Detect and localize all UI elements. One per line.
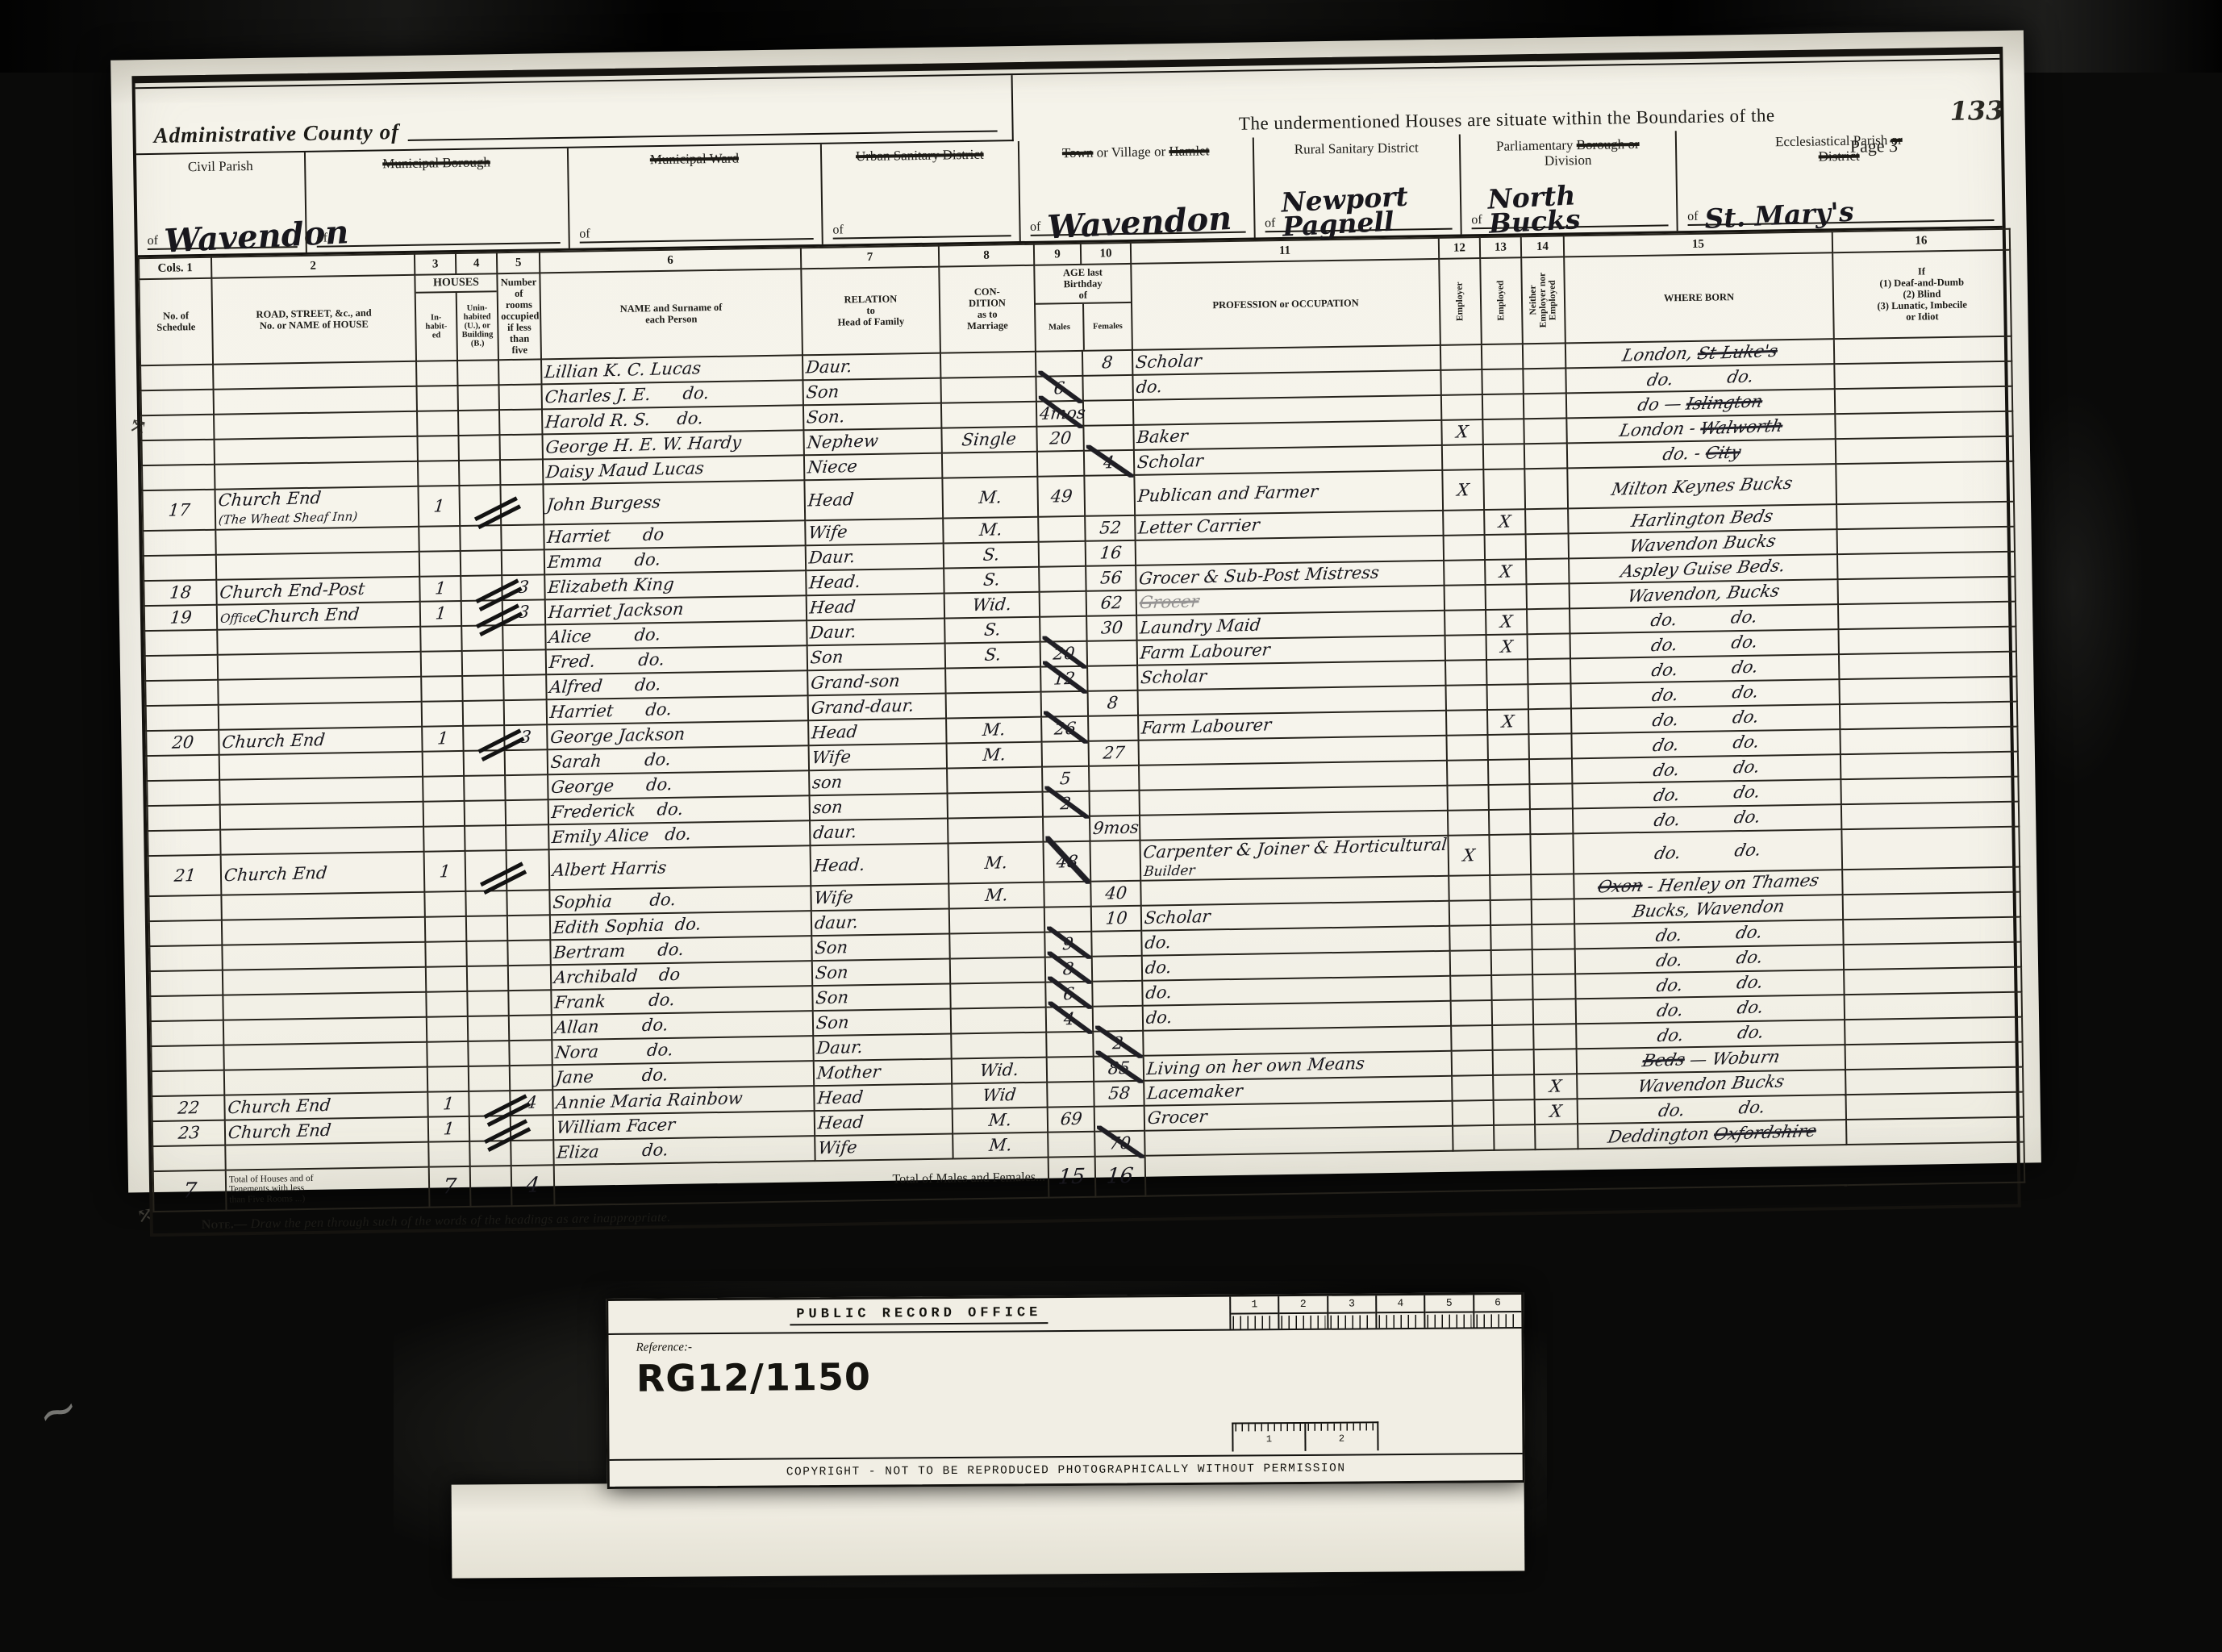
cell-employer: X	[1441, 419, 1482, 445]
cell-employer	[1447, 785, 1488, 811]
cell-house	[216, 552, 419, 580]
cell-rooms	[505, 749, 548, 775]
cell-uninhabited	[465, 891, 507, 916]
cell-relation: Head	[808, 718, 946, 745]
cell-employed	[1486, 659, 1528, 685]
cell-infirmity	[1844, 941, 2021, 969]
cell-neither	[1532, 924, 1574, 949]
cell-neither	[1523, 343, 1565, 369]
cell-neither	[1530, 808, 1573, 834]
cell-inhabited	[426, 991, 467, 1017]
cell-schedule: 18	[144, 579, 216, 605]
cell-schedule: 17	[142, 489, 215, 530]
cell-infirmity	[1835, 411, 2012, 438]
cell-age-male	[1047, 1081, 1094, 1107]
cell-relation: Daur.	[803, 353, 940, 380]
cell-age-male	[1046, 1031, 1093, 1057]
cell-neither	[1523, 368, 1565, 394]
cell-employer	[1449, 925, 1490, 951]
cell-age-female	[1084, 475, 1135, 516]
cell-infirmity	[1842, 866, 2020, 894]
col-num-8: 8	[939, 244, 1034, 267]
district-of: of	[832, 223, 844, 237]
cell-schedule	[152, 1145, 225, 1170]
cell-employed	[1494, 1124, 1535, 1150]
cell-name: Fred. do.	[546, 645, 807, 674]
cell-inhabited	[418, 461, 459, 486]
total-houses-label: Total of Houses and of Tenements with le…	[226, 1166, 430, 1210]
col-header-rooms: Number of rooms occupied if less than fi…	[497, 273, 541, 360]
cell-rooms	[507, 890, 549, 916]
cell-condition	[940, 376, 1036, 403]
cell-infirmity	[1843, 891, 2020, 919]
cell-condition	[951, 1032, 1046, 1058]
cell-inhabited	[423, 776, 464, 802]
cell-neither	[1529, 783, 1572, 809]
cell-name: Harriet do.	[547, 695, 808, 724]
cell-inhabited: 1	[419, 576, 461, 602]
cell-house	[218, 677, 421, 705]
age-label: AGE last Birthday of	[1035, 265, 1131, 305]
district-value: Wavendon	[1047, 204, 1232, 243]
cell-where-born: do. do.	[1573, 829, 1842, 874]
col-header-name: NAME and Surname of each Person	[540, 269, 803, 359]
cell-employed	[1483, 469, 1525, 510]
stamp-body: Reference:- RG12/1150 1 2	[609, 1329, 1523, 1459]
cell-inhabited	[419, 526, 460, 552]
cell-age-female	[1090, 841, 1140, 882]
cell-schedule	[141, 390, 214, 415]
cell-inhabited: 1	[422, 726, 463, 752]
cell-rooms	[511, 1140, 553, 1166]
cell-age-male	[1043, 816, 1090, 842]
cell-uninhabited	[457, 360, 498, 386]
cell-age-female	[1087, 640, 1137, 666]
cell-rooms	[503, 649, 546, 675]
cell-infirmity	[1844, 966, 2021, 994]
cell-infirmity	[1841, 801, 2019, 828]
cell-house	[220, 826, 423, 854]
district-of: of	[579, 227, 590, 241]
cell-employer	[1448, 810, 1489, 836]
cell-inhabited	[424, 891, 465, 917]
cell-neither	[1535, 1124, 1578, 1149]
cell-name: Albert Harris	[549, 845, 811, 890]
cell-employer	[1440, 369, 1482, 395]
cell-employed: X	[1485, 559, 1526, 585]
col-header-males: Males	[1036, 304, 1083, 351]
cell-infirmity	[1841, 751, 2018, 778]
cell-age-female	[1094, 1105, 1144, 1131]
col-num-5: 5	[497, 252, 540, 273]
census-table: Cols. 1 2 3 4 5 6 7 8 9 10 11 12 13 14 1…	[138, 228, 2025, 1212]
cell-name: Alfred do.	[546, 670, 807, 699]
cell-condition: Wid	[952, 1082, 1047, 1108]
cell-house	[221, 891, 424, 920]
cell-employed: X	[1486, 634, 1528, 660]
cell-employed	[1492, 999, 1533, 1025]
cell-house	[214, 386, 417, 415]
cell-house	[223, 966, 426, 995]
cell-relation: Head	[804, 478, 943, 520]
cell-uninhabited	[469, 1091, 510, 1116]
cell-schedule: 19	[144, 604, 217, 630]
cell-uninhabited	[462, 675, 503, 701]
cell-employer: X	[1448, 835, 1490, 876]
cell-neither	[1526, 533, 1569, 559]
cell-age-male: 8	[1045, 956, 1092, 982]
cell-relation: Niece	[804, 453, 942, 480]
cell-name: Harriet Jackson	[545, 595, 807, 624]
cell-uninhabited	[466, 916, 507, 941]
stamp-copyright: COPYRIGHT - NOT TO BE REPRODUCED PHOTOGR…	[610, 1453, 1523, 1487]
cell-infirmity	[1845, 1066, 2023, 1094]
cell-rooms	[499, 409, 542, 435]
cell-inhabited: 1	[428, 1116, 469, 1142]
cell-employed	[1493, 1074, 1534, 1100]
cell-house: Church End	[221, 851, 425, 895]
cell-age-female: 85	[1094, 1056, 1144, 1082]
cell-condition: M.	[953, 1107, 1048, 1133]
cell-employed	[1487, 734, 1528, 760]
cell-inhabited	[423, 826, 465, 852]
cell-name: Daisy Maud Lucas	[543, 455, 804, 484]
cell-employer	[1445, 585, 1486, 611]
cell-infirmity	[1840, 701, 2017, 728]
district-entry-line: of	[832, 161, 1011, 239]
cell-employer	[1450, 975, 1491, 1001]
cell-age-male: 12	[1040, 666, 1087, 692]
cell-age-male: 20	[1036, 426, 1083, 452]
district-box: Urban Sanitary District of	[820, 141, 1019, 244]
cell-house: OfficeChurch End	[217, 602, 420, 630]
col-header-occupation: PROFESSION or OCCUPATION	[1131, 259, 1440, 350]
col-header-schedule: No. of Schedule	[139, 278, 213, 365]
cell-infirmity	[1834, 336, 2011, 363]
cell-uninhabited	[464, 750, 505, 776]
cell-employer	[1451, 1000, 1492, 1026]
admin-county-label: Administrative County of	[153, 119, 399, 148]
cell-condition: S.	[944, 541, 1039, 568]
cell-rooms	[500, 459, 543, 485]
cell-name: Jane do.	[552, 1061, 814, 1090]
cell-age-male: 69	[1048, 1106, 1094, 1132]
cell-employer	[1446, 710, 1487, 736]
cell-schedule: 20	[146, 729, 219, 755]
cell-name: Sophia do.	[549, 886, 811, 915]
cell-employer	[1442, 444, 1483, 470]
cell-uninhabited	[461, 600, 502, 626]
cell-name: Sarah do.	[548, 745, 809, 774]
cell-relation: daur.	[811, 908, 949, 936]
col-num-13: 13	[1480, 236, 1521, 258]
cell-rooms	[502, 549, 544, 575]
cell-employer	[1449, 875, 1490, 901]
cell-uninhabited	[459, 485, 501, 526]
cell-relation: Son	[807, 643, 945, 670]
cell-age-male	[1047, 1056, 1094, 1082]
cell-inhabited	[423, 801, 465, 827]
cell-employer	[1445, 685, 1486, 711]
cell-employer	[1441, 394, 1482, 420]
cell-neither	[1528, 658, 1570, 684]
cell-infirmity	[1839, 676, 2016, 703]
cell-age-female	[1083, 425, 1133, 451]
ruler-sub-number: 2	[1339, 1433, 1344, 1445]
cell-age-female: 10	[1091, 906, 1141, 932]
cell-employer	[1451, 1025, 1492, 1051]
cell-relation: Head.	[806, 568, 944, 595]
cell-where-born: Milton Keynes Bucks	[1567, 464, 1836, 508]
cell-age-female: 2	[1093, 1031, 1143, 1057]
cell-condition: S.	[944, 616, 1040, 643]
col-header-uninhabited: Unin- habited (U.), or Building (B.)	[456, 292, 498, 360]
cell-schedule: 23	[152, 1120, 225, 1145]
district-label: Parliamentary Borough or Division	[1461, 136, 1675, 169]
cell-inhabited	[427, 1016, 468, 1042]
cell-inhabited	[425, 941, 466, 967]
cell-house	[225, 1141, 428, 1170]
cell-schedule	[145, 679, 218, 705]
ruler-number: 5	[1425, 1295, 1472, 1312]
cell-name: Frank do.	[551, 986, 812, 1015]
cell-relation: Nephew	[803, 428, 941, 455]
cell-name: Eliza do.	[553, 1136, 815, 1165]
cell-age-male	[1039, 566, 1086, 592]
cell-age-male	[1042, 741, 1089, 767]
cell-employed: X	[1487, 709, 1528, 735]
cell-uninhabited	[462, 650, 503, 676]
cell-name: Emily Alice do.	[548, 820, 810, 849]
cell-schedule	[144, 554, 216, 580]
cell-name: William Facer	[553, 1111, 815, 1140]
cell-relation: Wife	[811, 883, 948, 911]
district-of: of	[317, 232, 328, 246]
cell-age-female	[1092, 956, 1142, 982]
district-of: of	[148, 234, 159, 248]
cell-relation: daur.	[810, 818, 948, 845]
cell-employed	[1488, 759, 1529, 785]
census-form: Administrative County of The undermentio…	[131, 47, 2020, 1237]
cell-uninhabited	[460, 525, 501, 551]
cell-inhabited	[422, 701, 463, 727]
cell-age-male: 6	[1036, 376, 1082, 402]
pro-stamp: PUBLIC RECORD OFFICE 1 2 3 4 5 6 Referen…	[606, 1292, 1525, 1489]
cell-inhabited	[427, 1066, 469, 1092]
cell-name: Charles J. E. do.	[541, 380, 803, 409]
cell-name: Elizabeth King	[544, 570, 806, 599]
cell-relation: Wife	[805, 518, 943, 545]
col-header-where-born: WHERE BORN	[1564, 252, 1834, 343]
cell-condition	[949, 932, 1044, 958]
district-box: Civil Parish of Wavendon	[136, 152, 306, 255]
cell-occupation: Publican and Farmer	[1134, 470, 1443, 515]
cell-neither	[1534, 1049, 1577, 1074]
cell-relation: Son	[813, 1008, 951, 1036]
cell-age-female: 8	[1088, 690, 1138, 716]
cell-age-female	[1093, 1006, 1143, 1032]
cell-infirmity	[1838, 626, 2016, 653]
cell-relation: Son	[812, 983, 950, 1011]
cell-inhabited	[427, 1041, 468, 1067]
cell-rooms	[498, 359, 541, 385]
cell-schedule	[140, 365, 213, 390]
total-inhabited: 7	[429, 1166, 471, 1208]
cell-name: George Jackson	[547, 720, 808, 749]
stamp-office-title: PUBLIC RECORD OFFICE	[790, 1305, 1048, 1325]
cell-employed	[1492, 1024, 1533, 1050]
houses-label: HOUSES	[415, 274, 496, 293]
cell-uninhabited	[458, 435, 499, 461]
ruler-number: 4	[1377, 1295, 1424, 1313]
cell-neither	[1531, 874, 1574, 899]
cell-schedule	[149, 945, 222, 970]
cell-schedule	[142, 440, 215, 465]
cell-infirmity	[1845, 1041, 2023, 1069]
cell-inhabited	[423, 751, 464, 777]
cell-house: Church End(The Wheat Sheaf Inn)	[215, 486, 419, 530]
cell-uninhabited	[465, 825, 506, 851]
cell-name: Emma do.	[544, 545, 806, 574]
district-box: Municipal Borough of	[304, 148, 569, 252]
cell-inhabited	[417, 436, 458, 461]
cell-infirmity	[1841, 776, 2018, 803]
cell-uninhabited	[463, 700, 504, 726]
cell-condition: M.	[947, 741, 1042, 768]
cell-relation: Mother	[814, 1058, 952, 1086]
page-number: Page 3	[1850, 136, 1899, 157]
cell-neither	[1528, 683, 1570, 709]
cell-employer	[1444, 560, 1485, 586]
total-males: 15	[1048, 1156, 1096, 1197]
cell-house	[217, 627, 420, 655]
cell-employer	[1444, 535, 1485, 561]
cell-house	[223, 1016, 427, 1045]
cell-condition	[948, 816, 1043, 843]
cell-age-male	[1048, 1131, 1094, 1157]
cell-schedule	[145, 654, 218, 680]
cell-age-male	[1038, 516, 1085, 542]
cell-schedule	[147, 754, 219, 780]
district-of: of	[1471, 213, 1482, 227]
cell-employer	[1453, 1125, 1494, 1151]
cell-name: Alice do.	[545, 620, 807, 649]
cell-house	[214, 411, 417, 440]
total-males-females-label: Total of Males and Females...	[554, 1157, 1049, 1205]
cell-schedule	[143, 529, 215, 555]
cell-condition: M.	[942, 476, 1038, 518]
district-box: Town or Village or Hamlet of Wavendon	[1017, 137, 1253, 241]
cell-rooms	[508, 990, 551, 1016]
cell-neither: X	[1534, 1074, 1577, 1099]
cell-infirmity	[1836, 461, 2014, 503]
cell-uninhabited	[458, 385, 499, 411]
cell-infirmity	[1841, 826, 2020, 869]
cell-age-female	[1082, 375, 1132, 401]
total-rooms: 4	[511, 1165, 555, 1206]
cell-name: Archibald do	[551, 961, 812, 990]
cell-condition	[951, 1007, 1046, 1033]
cell-employer	[1443, 510, 1484, 536]
cell-inhabited: 1	[427, 1091, 469, 1117]
cell-schedule: 21	[148, 854, 222, 895]
cell-age-female: 52	[1085, 515, 1135, 541]
cell-inhabited: 1	[418, 486, 460, 527]
cell-uninhabited	[464, 775, 505, 801]
ruler-number: 1	[1231, 1296, 1278, 1314]
cell-neither	[1533, 999, 1576, 1024]
cell-age-male	[1040, 616, 1086, 642]
cell-house	[215, 527, 419, 555]
cell-employed: X	[1484, 509, 1525, 535]
cell-uninhabited	[459, 460, 500, 486]
cell-condition	[950, 957, 1045, 983]
cell-employer	[1449, 900, 1490, 926]
col-header-condition: CON- DITION as to Marriage	[939, 265, 1036, 353]
cell-employed	[1486, 584, 1527, 610]
district-entry-line: of North Bucks	[1470, 166, 1668, 229]
cell-schedule	[148, 804, 220, 830]
cell-neither	[1528, 633, 1570, 659]
cell-condition	[945, 666, 1040, 693]
cell-rooms	[510, 1065, 552, 1091]
total-schedule: 7	[153, 1170, 227, 1211]
cell-age-male	[1044, 907, 1091, 932]
district-entry-line: of St. Mary's	[1686, 161, 1994, 226]
district-value: St. Mary's	[1704, 200, 1854, 232]
col-num-12: 12	[1439, 237, 1480, 259]
cell-uninhabited	[465, 850, 507, 891]
cell-condition	[941, 401, 1036, 428]
footnote-text: Draw the pen through such of the words o…	[251, 1211, 671, 1231]
cell-inhabited	[419, 551, 461, 577]
cell-employer	[1447, 760, 1488, 786]
cell-name: Lillian K. C. Lucas	[541, 355, 803, 384]
total-females: 16	[1095, 1155, 1146, 1196]
cell-condition: M.	[953, 1132, 1048, 1158]
col-header-neither: Neither Employer nor Employed	[1521, 257, 1565, 344]
cell-uninhabited	[469, 1141, 511, 1166]
col-header-houses: HOUSES In- habit- ed Unin- habited (U.),…	[415, 273, 498, 361]
cell-name: Edith Sophia do.	[550, 911, 811, 940]
cell-house	[213, 361, 416, 390]
cell-inhabited	[421, 651, 462, 677]
cell-schedule	[146, 704, 219, 730]
cell-house	[220, 801, 423, 829]
cell-age-female	[1089, 766, 1139, 791]
ruler-number: 3	[1328, 1295, 1375, 1313]
cell-employer	[1445, 610, 1486, 636]
cell-name: Nora do.	[552, 1036, 813, 1065]
cell-uninhabited	[463, 725, 504, 751]
cell-inhabited	[426, 966, 467, 992]
cell-age-male	[1041, 691, 1088, 717]
district-value: North Bucks	[1487, 178, 1669, 236]
cell-relation: Son	[811, 933, 949, 961]
col-header-females: Females	[1082, 303, 1132, 350]
census-body: Lillian K. C. Lucas Daur. 8 Scholar Lond…	[140, 336, 2024, 1170]
cell-relation: Head	[814, 1083, 952, 1111]
cell-relation: Grand-daur.	[808, 693, 946, 720]
col-header-employed: Employed	[1480, 257, 1523, 344]
cell-relation: son	[809, 768, 947, 795]
cell-inhabited	[420, 626, 461, 652]
cell-condition: Wid.	[944, 591, 1040, 618]
cell-inhabited	[425, 916, 466, 942]
cell-neither	[1527, 608, 1570, 634]
cell-condition	[949, 907, 1044, 933]
admin-county-blank	[407, 109, 997, 140]
